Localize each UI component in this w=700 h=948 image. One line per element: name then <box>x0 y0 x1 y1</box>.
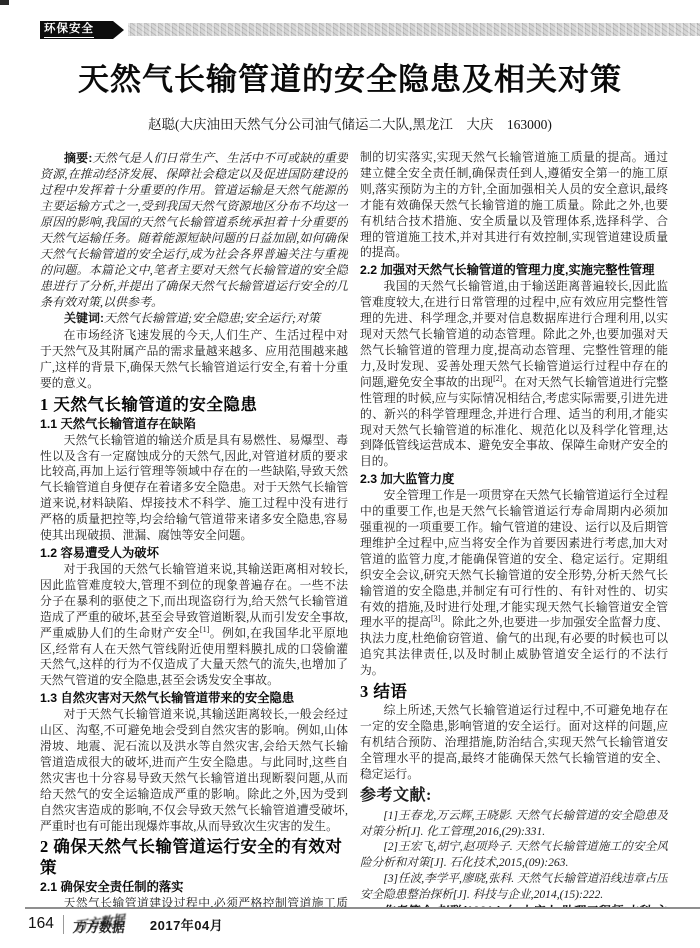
wanfang-watermark: 万方数据 万方数据 <box>73 914 141 934</box>
section-1-heading: 1 天然气长输管道的安全隐患 <box>40 394 348 415</box>
intro-paragraph: 在市场经济飞速发展的今天,人们生产、生活过程中对于天然气及其附属产品的需求量越来… <box>40 328 348 392</box>
section-2-2-heading: 2.2 加强对天然气长输管道的管理力度,实施完整性管理 <box>360 262 668 279</box>
issue-date: 2017年04月 <box>150 915 223 934</box>
section-2-1-heading: 2.1 确保安全责任制的落实 <box>40 879 348 896</box>
section-2-1-paragraph-left: 天然气长输管道建设过程中,必须严格控制管道施工质量,并要将施工安全纳入到质量管理… <box>40 896 348 907</box>
category-banner-arrow: 环保安全 <box>40 21 124 39</box>
journal-page: 环保安全 天然气长输管道的安全隐患及相关对策 赵聪(大庆油田天然气分公司油气储运… <box>0 0 700 948</box>
section-2-3-heading: 2.3 加大监管力度 <box>360 471 668 488</box>
footer-rule <box>25 907 700 909</box>
abstract-text: 天然气是人们日常生产、生活中不可或缺的重要资源,在推动经济发展、保障社会稳定以及… <box>40 151 348 309</box>
abstract-paragraph: 摘要:天然气是人们日常生产、生活中不可或缺的重要资源,在推动经济发展、保障社会稳… <box>40 150 348 310</box>
right-column: 制的切实落实,实现天然气长输管道施工质量的提高。通过建立健全安全责任制,确保责任… <box>360 150 668 907</box>
section-1-3-paragraph: 对于天然气长输管道来说,其输送距离较长,一般会经过山区、沟壑,不可避免地会受到自… <box>40 707 348 834</box>
section-1-2-paragraph: 对于我国的天然气长输管道来说,其输送距离相对较长,因此监管难度较大,管理不到位的… <box>40 562 348 689</box>
section-2-3-paragraph: 安全管理工作是一项贯穿在天然气长输管道运行全过程中的重要工作,也是天然气长输管道… <box>360 488 668 679</box>
author-line: 赵聪(大庆油田天然气分公司油气储运二大队,黑龙江 大庆 163000) <box>0 116 700 134</box>
keywords-line: 关键词:天然气长输管道;安全隐患;安全运行;对策 <box>40 310 348 326</box>
section-3-heading: 3 结语 <box>360 681 668 702</box>
page-number: 164 <box>28 915 54 933</box>
page-title: 天然气长输管道的安全隐患及相关对策 <box>0 58 700 102</box>
section-2-2-paragraph: 我国的天然气长输管道,由于输送距离普遍较长,因此监管难度较大,在进行日常管理的过… <box>360 279 668 470</box>
section-1-2-heading: 1.2 容易遭受人为破坏 <box>40 545 348 562</box>
keywords-label: 关键词: <box>64 311 104 325</box>
reference-item: [2]王宏飞,胡宁,赵项羚子. 天然气长输管道施工的安全风险分析和对策[J]. … <box>360 839 668 871</box>
decorative-band <box>128 23 700 36</box>
section-3-paragraph: 综上所述,天然气长输管道运行过程中,不可避免地存在一定的安全隐患,影响管道的安全… <box>360 703 668 783</box>
section-2-1-paragraph-right: 制的切实落实,实现天然气长输管道施工质量的提高。通过建立健全安全责任制,确保责任… <box>360 150 668 261</box>
scan-artifact <box>0 0 9 5</box>
category-label: 环保安全 <box>44 23 94 38</box>
watermark-over-text: 万方数据 <box>72 917 126 936</box>
left-column: 摘要:天然气是人们日常生产、生活中不可或缺的重要资源,在推动经济发展、保障社会稳… <box>40 150 348 907</box>
abstract-label: 摘要: <box>64 151 92 165</box>
references-heading: 参考文献: <box>360 785 668 807</box>
body-columns: 摘要:天然气是人们日常生产、生活中不可或缺的重要资源,在推动经济发展、保障社会稳… <box>40 150 668 907</box>
keywords-text: 天然气长输管道;安全隐患;安全运行;对策 <box>104 311 320 325</box>
section-1-3-heading: 1.3 自然灾害对天然气长输管道带来的安全隐患 <box>40 690 348 707</box>
section-1-1-heading: 1.1 天然气长输管道存在缺陷 <box>40 416 348 433</box>
reference-item: [3]任波,李学平,廖晓,张科. 天然气长输管道沿线违章占压安全隐患整治探析[J… <box>360 871 668 903</box>
footer: 164 万方数据 万方数据 2017年04月 <box>28 912 223 936</box>
footer-separator <box>63 915 64 934</box>
section-2-heading: 2 确保天然气长输管道运行安全的有效对策 <box>40 836 348 878</box>
section-1-1-paragraph: 天然气长输管道的输送介质是具有易燃性、易爆型、毒性以及含有一定腐蚀成分的天然气,… <box>40 433 348 544</box>
reference-item: [1]王春龙,万云辉,王晓影. 天然气长输管道的安全隐患及对策分析[J]. 化工… <box>360 808 668 840</box>
